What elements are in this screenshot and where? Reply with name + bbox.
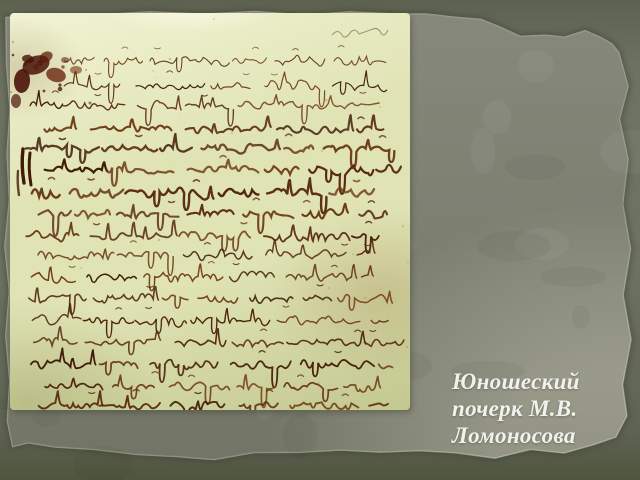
caption-line-2: почерк М.В. (452, 395, 627, 422)
manuscript-handwriting (10, 13, 410, 410)
slide: Юношеский почерк М.В. Ломоносова (0, 0, 640, 480)
caption-line-3: Ломоносова (452, 422, 627, 449)
manuscript-photo (10, 13, 410, 410)
caption: Юношеский почерк М.В. Ломоносова (452, 368, 627, 449)
caption-line-1: Юношеский (452, 368, 627, 395)
